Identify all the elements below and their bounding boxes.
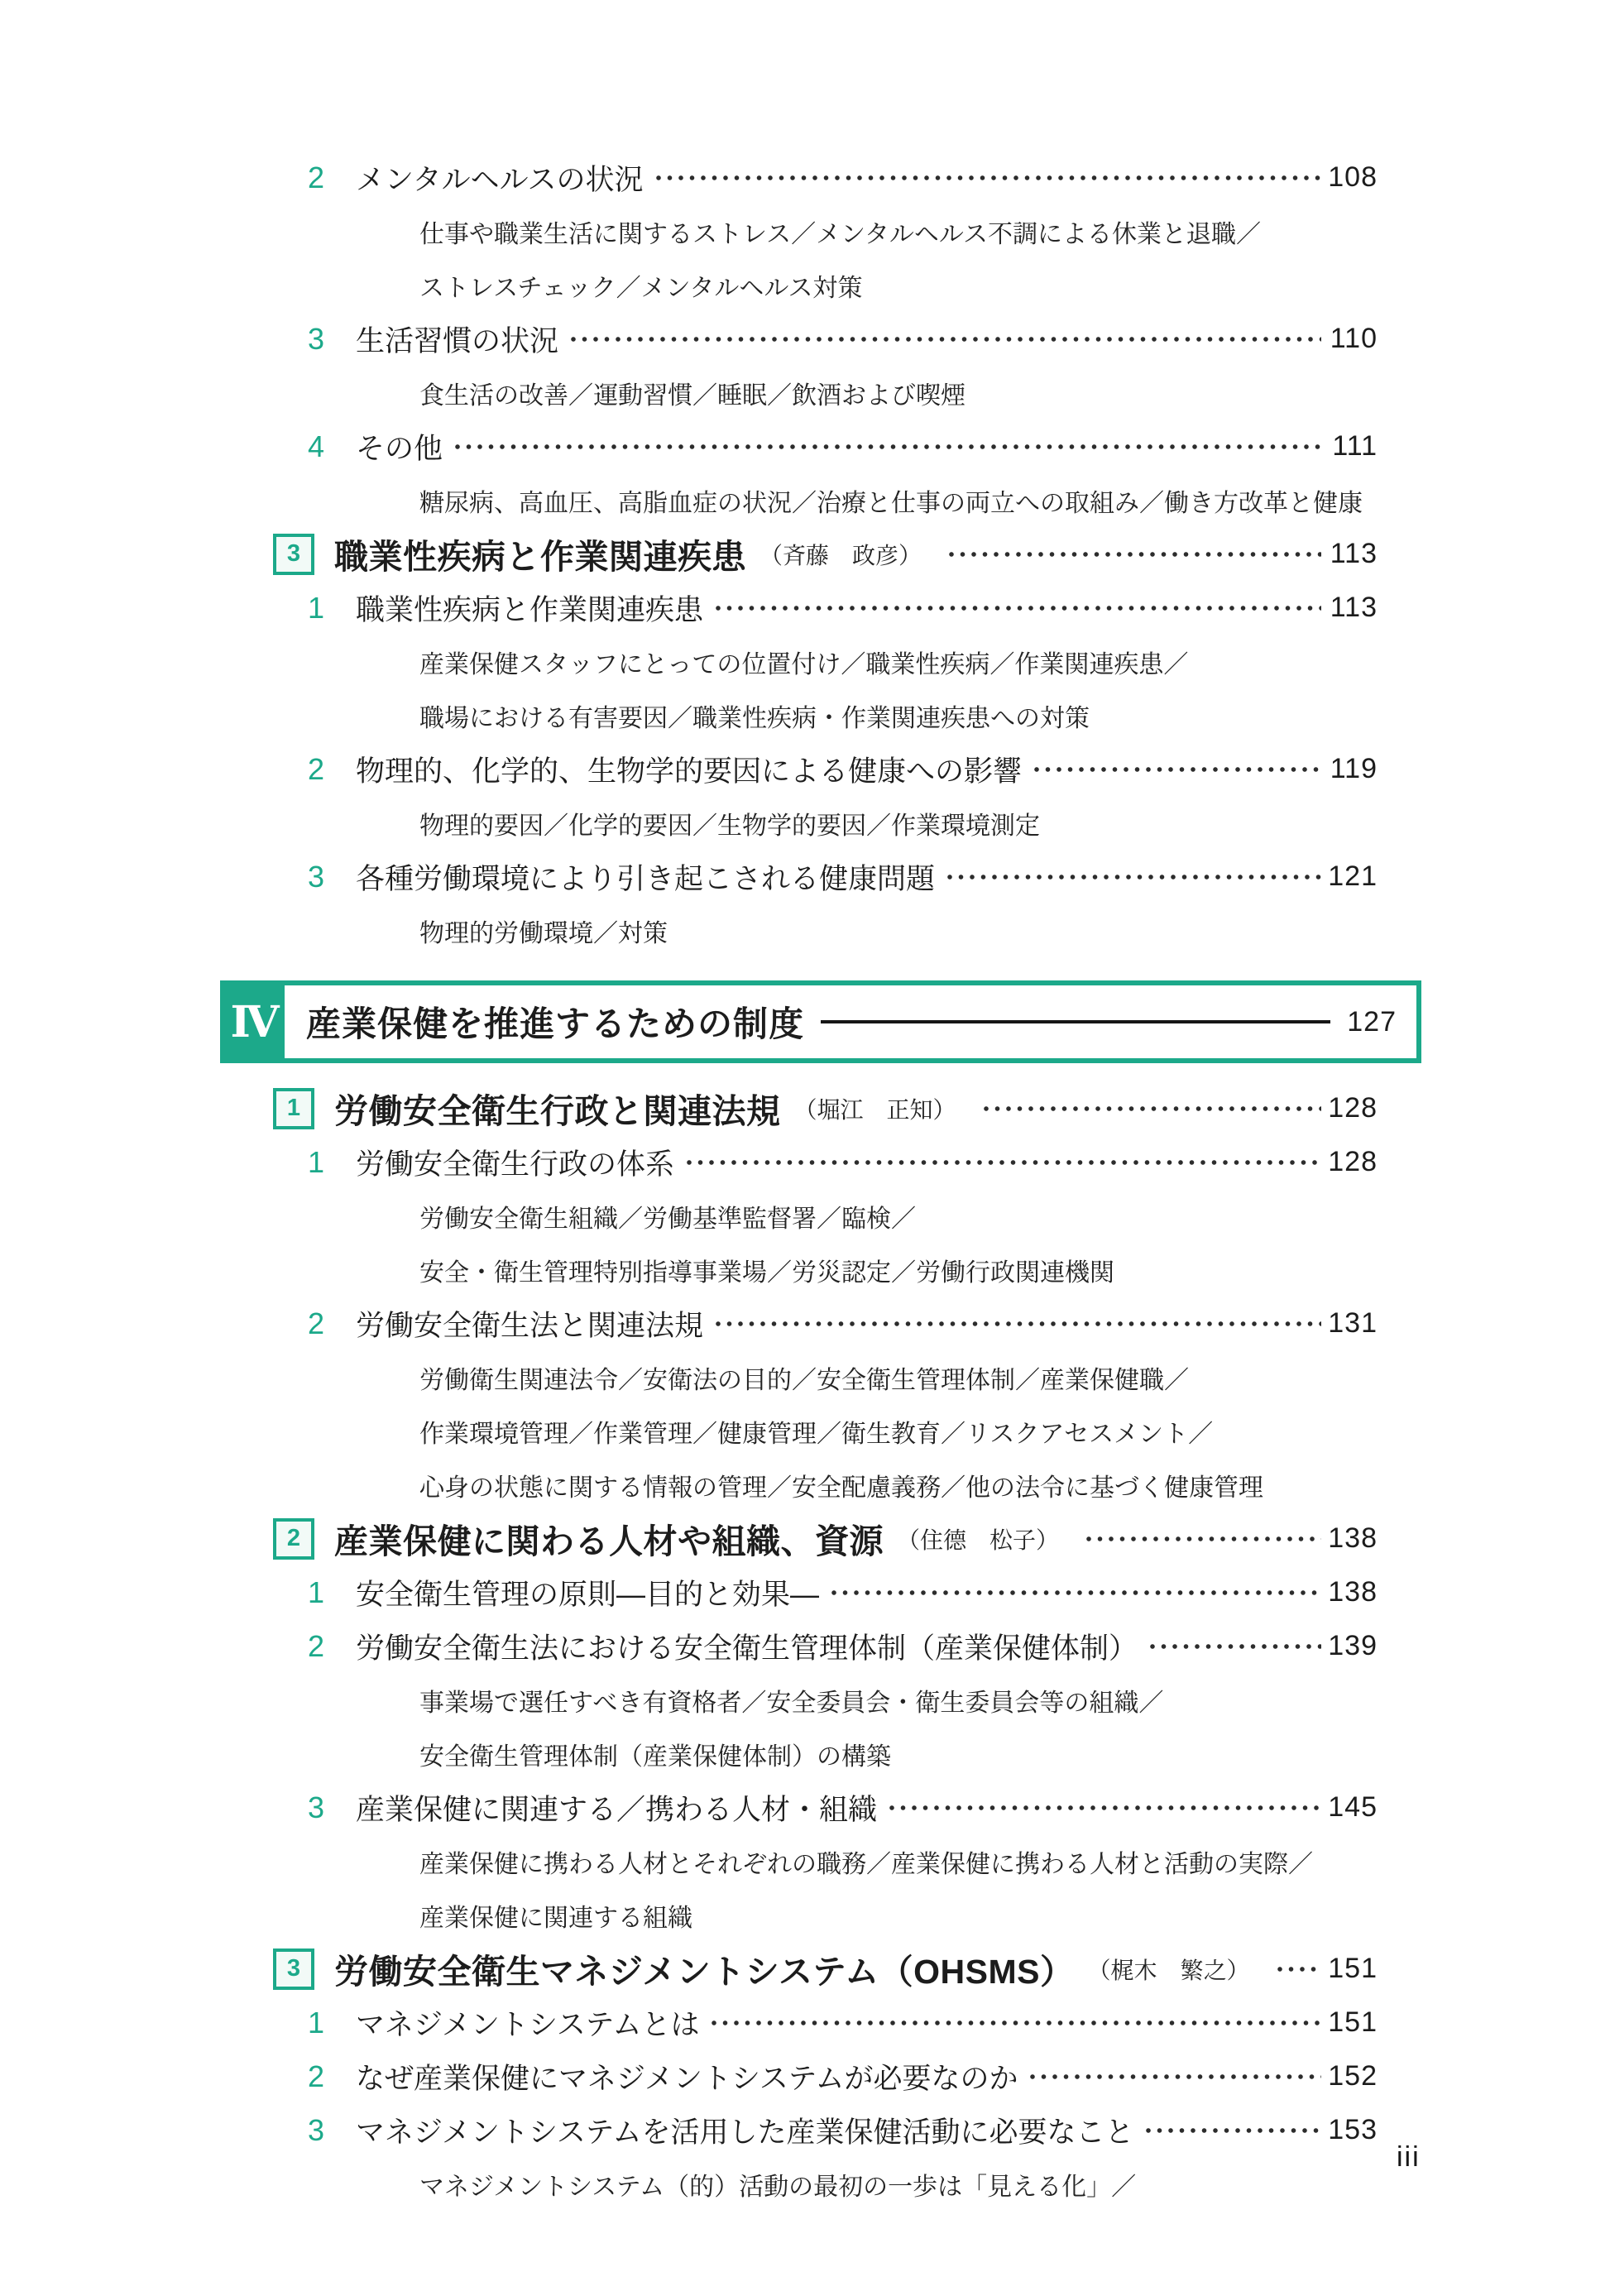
sub-entry-text: 職場における有害要因／職業性疾病・作業関連疾患への対策	[419, 697, 1090, 734]
entry-page-number: 111	[1325, 430, 1378, 463]
entry-page-number: 139	[1325, 1630, 1378, 1662]
entry-page-number: 131	[1325, 1307, 1378, 1340]
section-number-box: 1	[273, 1088, 314, 1129]
toc-sub-entry: 安全・衛生管理特別指導事業場／労災認定／労働行政関連機関	[0, 1243, 1378, 1297]
toc-entry: 1 マネジメントシステムとは 151	[0, 1996, 1378, 2049]
dot-leader	[1277, 1966, 1321, 1972]
dot-leader	[948, 551, 1321, 558]
section-author: （住德 松子）	[897, 1522, 1059, 1555]
dot-leader	[655, 175, 1321, 181]
toc-entry: 2 物理的、化学的、生物学的要因による健康への影響 119	[0, 742, 1378, 796]
entry-title: 労働安全衛生法と関連法規	[356, 1303, 703, 1345]
section-number: 2	[287, 1525, 300, 1552]
dot-leader	[983, 1105, 1321, 1112]
entry-title: なぜ産業保健にマネジメントシステムが必要なのか	[356, 2056, 1018, 2097]
section-number-box: 2	[273, 1518, 314, 1560]
toc-sub-entry: 糖尿病、高血圧、高脂血症の状況／治療と仕事の両立への取組み／働き方改革と健康	[0, 473, 1378, 527]
toc-section-entry: 3 職業性疾病と作業関連疾患 （斉藤 政彦） 113	[0, 527, 1378, 581]
sub-entry-text: 糖尿病、高血圧、高脂血症の状況／治療と仕事の両立への取組み／働き方改革と健康	[419, 482, 1363, 519]
toc-sub-entry: 心身の状態に関する情報の管理／安全配慮義務／他の法令に基づく健康管理	[0, 1458, 1378, 1512]
toc-entry: 2 労働安全衛生法と関連法規 131	[0, 1297, 1378, 1350]
dot-leader	[1033, 766, 1321, 773]
entry-title: 産業保健に関連する／携わる人材・組織	[356, 1787, 877, 1829]
entry-page-number: 108	[1325, 161, 1378, 194]
entry-page-number: 152	[1325, 2060, 1378, 2092]
toc-section-entry: 1 労働安全衛生行政と関連法規 （堀江 正知） 128	[0, 1081, 1378, 1135]
sub-entry-text: 産業保健スタッフにとっての位置付け／職業性疾病／作業関連疾患／	[419, 644, 1188, 680]
entry-number: 1	[308, 591, 356, 626]
toc-entry: 3 各種労働環境により引き起こされる健康問題 121	[0, 850, 1378, 904]
dot-leader	[715, 1321, 1321, 1327]
entry-number: 1	[308, 2006, 356, 2040]
toc-sub-entry: 安全衛生管理体制（産業保健体制）の構築	[0, 1727, 1378, 1781]
section-title: 職業性疾病と作業関連疾患	[334, 530, 746, 578]
dot-leader	[715, 605, 1321, 611]
section-author: （斉藤 政彦）	[759, 538, 922, 571]
entry-title: 労働安全衛生法における安全衛生管理体制（産業保健体制）	[356, 1626, 1138, 1667]
entry-number: 3	[308, 2113, 356, 2148]
dot-leader	[831, 1589, 1321, 1596]
entry-number: 2	[308, 2059, 356, 2094]
sub-entry-text: 安全衛生管理体制（産業保健体制）の構築	[419, 1736, 891, 1772]
dot-leader	[1145, 2127, 1321, 2134]
sub-entry-text: 労働衛生関連法令／安衛法の目的／安全衛生管理体制／産業保健職／	[419, 1359, 1189, 1396]
entry-number: 2	[308, 1306, 356, 1341]
sub-entry-text: 物理的要因／化学的要因／生物学的要因／作業環境測定	[419, 805, 1040, 841]
entry-number: 3	[308, 1790, 356, 1825]
dot-leader	[889, 1805, 1321, 1811]
sub-entry-text: 心身の状態に関する情報の管理／安全配慮義務／他の法令に基づく健康管理	[419, 1467, 1263, 1503]
chapter-title: 産業保健を推進するための制度	[306, 997, 804, 1047]
entry-title: マネジメントシステムを活用した産業保健活動に必要なこと	[356, 2110, 1133, 2151]
entry-page-number: 119	[1325, 753, 1378, 785]
dot-leader	[686, 1159, 1321, 1166]
sub-entry-text: 物理的労働環境／対策	[419, 913, 668, 949]
toc-sub-entry: 物理的要因／化学的要因／生物学的要因／作業環境測定	[0, 796, 1378, 850]
dot-leader	[1149, 1643, 1321, 1650]
section-page-number: 128	[1325, 1092, 1378, 1124]
toc-entry: 3 生活習慣の状況 110	[0, 312, 1378, 366]
entry-title: 物理的、化学的、生物学的要因による健康への影響	[356, 749, 1022, 790]
dot-leader	[946, 874, 1321, 880]
dot-leader	[570, 336, 1321, 343]
entry-page-number: 113	[1325, 592, 1378, 624]
entry-page-number: 138	[1325, 1576, 1378, 1608]
section-page-number: 151	[1325, 1953, 1378, 1985]
section-title: 労働安全衛生行政と関連法規	[334, 1084, 781, 1133]
sub-entry-text: 産業保健に携わる人材とそれぞれの職務／産業保健に携わる人材と活動の実際／	[419, 1843, 1313, 1880]
toc-sub-entry: 作業環境管理／作業管理／健康管理／衛生教育／リスクアセスメント／	[0, 1404, 1378, 1458]
toc-entry: 1 安全衛生管理の原則―目的と効果― 138	[0, 1565, 1378, 1619]
entry-title: マネジメントシステムとは	[356, 2002, 699, 2044]
sub-entry-text: 作業環境管理／作業管理／健康管理／衛生教育／リスクアセスメント／	[419, 1413, 1213, 1450]
toc-entry: 2 メンタルヘルスの状況 108	[0, 151, 1378, 204]
entry-page-number: 121	[1325, 860, 1378, 893]
section-page-number: 113	[1325, 538, 1378, 570]
chapter-rule-line	[821, 1020, 1330, 1023]
toc-sub-entry: 物理的労働環境／対策	[0, 904, 1378, 957]
entry-number: 4	[308, 429, 356, 464]
entry-number: 3	[308, 860, 356, 894]
footer-page-number: iii	[1397, 2141, 1421, 2174]
dot-leader	[1085, 1536, 1321, 1542]
toc-sub-entry: 仕事や職業生活に関するストレス／メンタルヘルス不調による休業と退職／	[0, 204, 1378, 258]
toc-sub-entry: 食生活の改善／運動習慣／睡眠／飲酒および喫煙	[0, 366, 1378, 419]
entry-number: 2	[308, 161, 356, 195]
toc-sub-entry: 職場における有害要因／職業性疾病・作業関連疾患への対策	[0, 688, 1378, 742]
toc-sub-entry: 事業場で選任すべき有資格者／安全委員会・衛生委員会等の組織／	[0, 1673, 1378, 1727]
sub-entry-text: 事業場で選任すべき有資格者／安全委員会・衛生委員会等の組織／	[419, 1682, 1163, 1718]
entry-title: 職業性疾病と作業関連疾患	[356, 587, 703, 629]
dot-leader	[711, 2020, 1321, 2026]
toc-entry: 2 労働安全衛生法における安全衛生管理体制（産業保健体制） 139	[0, 1619, 1378, 1673]
entry-number: 2	[308, 752, 356, 787]
chapter-heading: Ⅳ 産業保健を推進するための制度 127	[220, 980, 1421, 1063]
section-title: 産業保健に関わる人材や組織、資源	[334, 1514, 884, 1563]
entry-page-number: 153	[1325, 2114, 1378, 2146]
chapter-heading-body: 産業保健を推進するための制度 127	[285, 985, 1416, 1058]
chapter-page-number: 127	[1347, 1006, 1397, 1038]
entry-page-number: 151	[1325, 2006, 1378, 2039]
entry-number: 1	[308, 1575, 356, 1610]
section-page-number: 138	[1325, 1522, 1378, 1555]
entry-page-number: 128	[1325, 1146, 1378, 1178]
section-author: （梶木 繁之）	[1088, 1953, 1250, 1986]
toc-entry: 2 なぜ産業保健にマネジメントシステムが必要なのか 152	[0, 2049, 1378, 2103]
dot-leader	[454, 443, 1321, 450]
toc-section-entry: 2 産業保健に関わる人材や組織、資源 （住德 松子） 138	[0, 1512, 1378, 1565]
toc-content: 2 メンタルヘルスの状況 108 仕事や職業生活に関するストレス／メンタルヘルス…	[0, 151, 1610, 2211]
toc-entry: 1 労働安全衛生行政の体系 128	[0, 1135, 1378, 1189]
toc-entry: 3 マネジメントシステムを活用した産業保健活動に必要なこと 153	[0, 2103, 1378, 2157]
toc-sub-entry: 労働安全衛生組織／労働基準監督署／臨検／	[0, 1189, 1378, 1243]
entry-title: メンタルヘルスの状況	[356, 157, 644, 199]
sub-entry-text: マネジメントシステム（的）活動の最初の一歩は「見える化」／	[419, 2166, 1136, 2203]
sub-entry-text: 食生活の改善／運動習慣／睡眠／飲酒および喫煙	[419, 375, 966, 411]
section-number: 3	[287, 540, 300, 568]
toc-sub-entry: 産業保健に関連する組織	[0, 1888, 1378, 1942]
section-number: 1	[287, 1095, 300, 1122]
sub-entry-text: 労働安全衛生組織／労働基準監督署／臨検／	[419, 1198, 916, 1234]
entry-title: その他	[356, 426, 443, 467]
toc-sub-entry: 労働衛生関連法令／安衛法の目的／安全衛生管理体制／産業保健職／	[0, 1350, 1378, 1404]
toc-section-entry: 3 労働安全衛生マネジメントシステム（OHSMS） （梶木 繁之） 151	[0, 1942, 1378, 1996]
chapter-roman-numeral: Ⅳ	[225, 985, 285, 1058]
toc-page: 2 メンタルヘルスの状況 108 仕事や職業生活に関するストレス／メンタルヘルス…	[0, 0, 1610, 2296]
section-number-box: 3	[273, 534, 314, 575]
entry-number: 1	[308, 1145, 356, 1180]
entry-number: 3	[308, 322, 356, 357]
entry-page-number: 110	[1325, 323, 1378, 355]
toc-entry: 3 産業保健に関連する／携わる人材・組織 145	[0, 1781, 1378, 1834]
sub-entry-text: ストレスチェック／メンタルヘルス対策	[419, 267, 863, 304]
section-number-box: 3	[273, 1948, 314, 1990]
section-number: 3	[287, 1955, 300, 1982]
entry-title: 安全衛生管理の原則―目的と効果―	[356, 1572, 819, 1613]
toc-entry: 1 職業性疾病と作業関連疾患 113	[0, 581, 1378, 635]
sub-entry-text: 仕事や職業生活に関するストレス／メンタルヘルス不調による休業と退職／	[419, 213, 1261, 250]
section-author: （堀江 正知）	[794, 1092, 956, 1125]
entry-number: 2	[308, 1629, 356, 1664]
toc-sub-entry: 産業保健に携わる人材とそれぞれの職務／産業保健に携わる人材と活動の実際／	[0, 1834, 1378, 1888]
entry-title: 労働安全衛生行政の体系	[356, 1142, 674, 1183]
section-title: 労働安全衛生マネジメントシステム（OHSMS）	[334, 1944, 1075, 1993]
toc-entry: 4 その他 111	[0, 419, 1378, 473]
entry-page-number: 145	[1325, 1791, 1378, 1824]
toc-sub-entry: ストレスチェック／メンタルヘルス対策	[0, 258, 1378, 312]
toc-sub-entry: 産業保健スタッフにとっての位置付け／職業性疾病／作業関連疾患／	[0, 635, 1378, 688]
sub-entry-text: 産業保健に関連する組織	[419, 1897, 692, 1934]
dot-leader	[1029, 2073, 1321, 2080]
sub-entry-text: 安全・衛生管理特別指導事業場／労災認定／労働行政関連機関	[419, 1252, 1114, 1288]
entry-title: 各種労働環境により引き起こされる健康問題	[356, 856, 935, 898]
entry-title: 生活習慣の状況	[356, 319, 558, 360]
toc-sub-entry: マネジメントシステム（的）活動の最初の一歩は「見える化」／	[0, 2157, 1378, 2211]
